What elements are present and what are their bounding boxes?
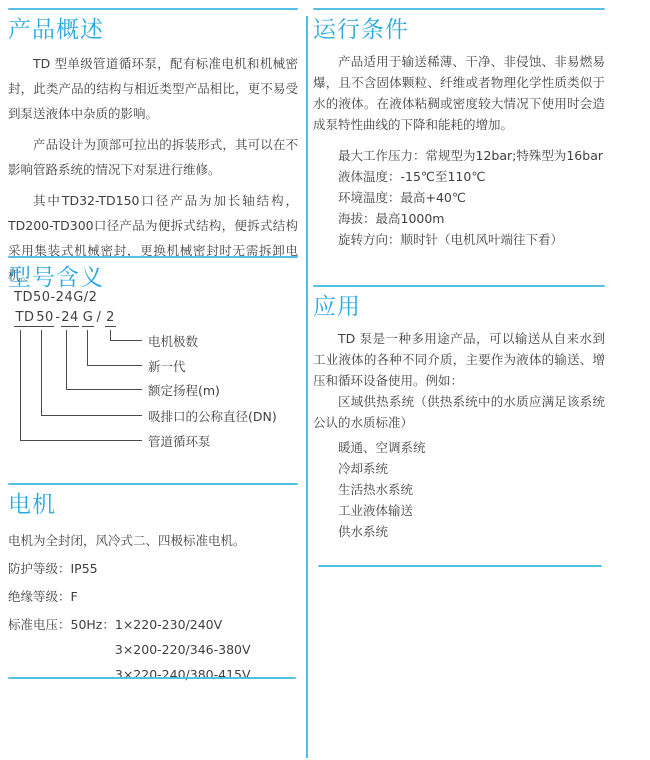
model-top-rule (8, 256, 298, 258)
overview-paragraph-1: TD 型单级管道循环泵，配有标准电机和机械密封，此类产品的结构与相近类型产品相比… (8, 51, 298, 126)
model-label-rated-head: 额定扬程(m) (148, 381, 220, 399)
connector-line (110, 330, 111, 340)
model-token-slash: / (95, 310, 103, 325)
motor-voltage-2: 3×200-220/346-380V (115, 637, 251, 662)
model-token-td: TD (14, 310, 36, 327)
connector-line (110, 340, 142, 341)
application-bottom-rule (318, 565, 602, 567)
model-label-nominal-diameter: 吸排口的公称直径(DN) (148, 407, 277, 425)
model-code-diagram: TD50-24G/2 TD 50 - 24 G / 2 电机极数 新一代 (8, 290, 298, 462)
right-column: 运行条件 产品适用于输送稀薄、干净、非侵蚀、非易燃易爆，且不含固体颗粒、纤维或者… (313, 0, 605, 760)
operating-liquid-temperature: 液体温度：-15℃至110℃ (313, 166, 605, 187)
operating-condition-list: 最大工作压力：常规型为12bar;特殊型为16bar 液体温度：-15℃至110… (313, 145, 605, 250)
connector-line (66, 330, 67, 389)
section-product-overview: 产品概述 TD 型单级管道循环泵，配有标准电机和机械密封，此类产品的结构与相近类… (8, 8, 298, 288)
connector-line (20, 440, 142, 441)
application-cooling: 冷却系统 (313, 458, 605, 479)
operating-ambient-temperature: 环境温度：最高+40℃ (313, 187, 605, 208)
section-motor: 电机 电机为全封闭，风冷式二、四极标准电机。 防护等级：IP55 绝缘等级：F … (8, 483, 298, 687)
motor-voltage-label: 标准电压：50Hz： (8, 612, 115, 637)
model-label-pipeline-pump: 管道循环泵 (148, 432, 211, 450)
connector-line (41, 415, 142, 416)
application-industrial-liquid: 工业液体输送 (313, 500, 605, 521)
model-example-code: TD50-24G/2 (14, 290, 97, 305)
motor-bottom-rule (8, 677, 296, 679)
application-title: 应用 (313, 292, 605, 322)
operating-intro: 产品适用于输送稀薄、干净、非侵蚀、非易燃易爆，且不含固体颗粒、纤维或者物理化学性… (313, 51, 605, 135)
application-list: 暖通、空调系统 冷却系统 生活热水系统 工业液体输送 供水系统 (313, 437, 605, 542)
model-token-50: 50 (36, 310, 54, 327)
model-token-g: G (82, 310, 94, 327)
motor-voltage-3: 3×220-240/380-415V (115, 662, 251, 687)
model-title: 型号含义 (8, 263, 298, 293)
column-divider (306, 16, 308, 758)
application-domestic-hot-water: 生活热水系统 (313, 479, 605, 500)
overview-paragraph-2: 产品设计为顶部可拉出的拆装形式，其可以在不影响管路系统的情况下对泵进行维修。 (8, 132, 298, 182)
motor-intro: 电机为全封闭，风冷式二、四极标准电机。 (8, 528, 298, 553)
operating-max-pressure: 最大工作压力：常规型为12bar;特殊型为16bar (313, 145, 605, 166)
section-model-meaning: 型号含义 TD50-24G/2 TD 50 - 24 G / 2 (8, 256, 298, 478)
connector-line (66, 389, 142, 390)
model-label-motor-poles: 电机极数 (148, 332, 198, 350)
application-intro: TD 泵是一种多用途产品，可以输送从自来水到工业液体的各种不同介质，主要作为液体… (313, 328, 605, 391)
motor-spec-list: 电机为全封闭，风冷式二、四极标准电机。 防护等级：IP55 绝缘等级：F (8, 528, 298, 609)
application-top-rule (313, 285, 605, 287)
operating-altitude: 海拔：最高1000m (313, 208, 605, 229)
motor-voltage-values: 1×220-230/240V 3×200-220/346-380V 3×220-… (115, 612, 251, 687)
application-water-supply: 供水系统 (313, 521, 605, 542)
catalog-page: 产品概述 TD 型单级管道循环泵，配有标准电机和机械密封，此类产品的结构与相近类… (0, 0, 650, 760)
connector-line (87, 330, 88, 365)
motor-title: 电机 (8, 490, 298, 520)
model-token-24: 24 (61, 310, 79, 327)
model-label-new-generation: 新一代 (148, 357, 186, 375)
operating-title: 运行条件 (313, 15, 605, 45)
connector-line (20, 330, 21, 440)
motor-protection-class: 防护等级：IP55 (8, 556, 298, 581)
application-hvac: 暖通、空调系统 (313, 437, 605, 458)
motor-top-rule (8, 483, 298, 485)
section-application: 应用 TD 泵是一种多用途产品，可以输送从自来水到工业液体的各种不同介质，主要作… (313, 285, 605, 542)
overview-top-rule (8, 8, 298, 10)
section-operating-conditions: 运行条件 产品适用于输送稀薄、干净、非侵蚀、非易燃易爆，且不含固体颗粒、纤维或者… (313, 8, 605, 250)
connector-line (41, 330, 42, 415)
motor-insulation-class: 绝缘等级：F (8, 584, 298, 609)
motor-voltage-block: 标准电压：50Hz： 1×220-230/240V 3×200-220/346-… (8, 612, 298, 687)
motor-voltage-1: 1×220-230/240V (115, 612, 251, 637)
application-district-heating-note: 区域供热系统（供热系统中的水质应满足该系统公认的水质标准） (313, 391, 605, 433)
operating-rotation-direction: 旋转方向：顺时针（电机风叶端往下看） (313, 229, 605, 250)
connector-line (87, 365, 142, 366)
model-token-2: 2 (105, 310, 116, 327)
overview-title: 产品概述 (8, 15, 298, 45)
left-column: 产品概述 TD 型单级管道循环泵，配有标准电机和机械密封，此类产品的结构与相近类… (8, 0, 298, 760)
operating-top-rule (313, 8, 605, 10)
